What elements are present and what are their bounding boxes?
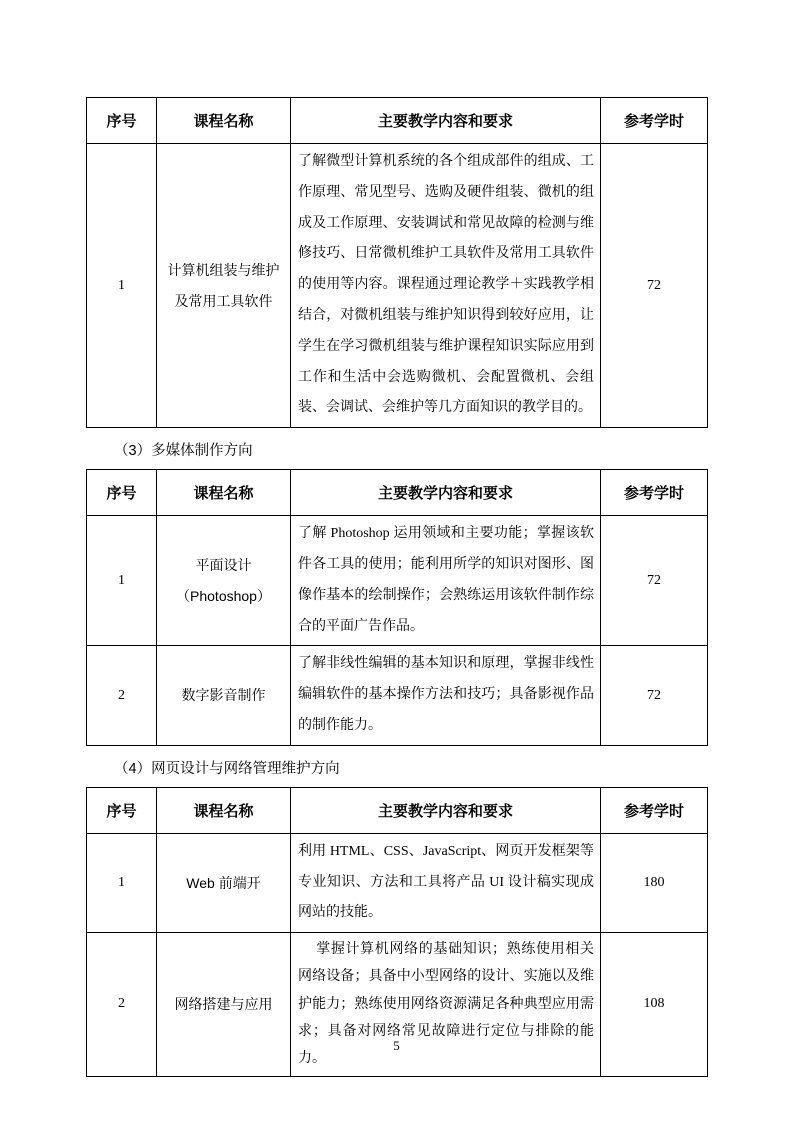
column-header-course-name: 课程名称 (157, 98, 291, 144)
page-number: 5 (0, 1038, 793, 1054)
table-row: 2 网络搭建与应用 掌握计算机网络的基础知识；熟练使用相关网络设备；具备中小型网… (87, 933, 708, 1076)
course-table-webdesign-network: 序号 课程名称 主要教学内容和要求 参考学时 1 Web 前端开 利用 HTML… (86, 787, 708, 1077)
table-row: 1 平面设计 （Photoshop） 了解 Photoshop 运用领域和主要功… (87, 516, 708, 646)
table-header-row: 序号 课程名称 主要教学内容和要求 参考学时 (87, 470, 708, 516)
course-table-multimedia: 序号 课程名称 主要教学内容和要求 参考学时 1 平面设计 （Photoshop… (86, 469, 708, 746)
column-header-hours: 参考学时 (601, 98, 708, 144)
course-hours-cell: 108 (601, 933, 708, 1076)
table-row: 2 数字影音制作 了解非线性编辑的基本知识和原理，掌握非线性编辑软件的基本操作方… (87, 646, 708, 745)
course-content-cell: 利用 HTML、CSS、JavaScript、网页开发框架等专业知识、方法和工具… (291, 833, 601, 932)
column-header-content: 主要教学内容和要求 (291, 470, 601, 516)
column-header-number: 序号 (87, 787, 157, 833)
course-name-cell: 计算机组装与维护 及常用工具软件 (157, 144, 291, 428)
course-hours-cell: 72 (601, 516, 708, 646)
course-hours-cell: 180 (601, 833, 708, 932)
table-header-row: 序号 课程名称 主要教学内容和要求 参考学时 (87, 787, 708, 833)
course-content-cell: 了解非线性编辑的基本知识和原理，掌握非线性编辑软件的基本操作方法和技巧；具备影视… (291, 646, 601, 745)
document-page: 序号 课程名称 主要教学内容和要求 参考学时 1 计算机组装与维护 及常用工具软… (0, 0, 793, 1122)
course-content-cell: 了解微型计算机系统的各个组成部件的组成、工作原理、常见型号、选购及硬件组装、微机… (291, 144, 601, 428)
column-header-number: 序号 (87, 470, 157, 516)
column-header-course-name: 课程名称 (157, 787, 291, 833)
row-number-cell: 1 (87, 516, 157, 646)
document-content: 序号 课程名称 主要教学内容和要求 参考学时 1 计算机组装与维护 及常用工具软… (86, 97, 707, 1077)
table-row: 1 Web 前端开 利用 HTML、CSS、JavaScript、网页开发框架等… (87, 833, 708, 932)
row-number-cell: 1 (87, 833, 157, 932)
section-heading-webdesign-network: （4）网页设计与网络管理维护方向 (86, 746, 707, 787)
course-name-cell: 平面设计 （Photoshop） (157, 516, 291, 646)
row-number-cell: 2 (87, 646, 157, 745)
column-header-number: 序号 (87, 98, 157, 144)
row-number-cell: 2 (87, 933, 157, 1076)
column-header-content: 主要教学内容和要求 (291, 787, 601, 833)
course-name-cell: 数字影音制作 (157, 646, 291, 745)
course-hours-cell: 72 (601, 144, 708, 428)
column-header-hours: 参考学时 (601, 470, 708, 516)
course-name-cell: Web 前端开 (157, 833, 291, 932)
column-header-course-name: 课程名称 (157, 470, 291, 516)
course-hours-cell: 72 (601, 646, 708, 745)
course-table-computer-assembly: 序号 课程名称 主要教学内容和要求 参考学时 1 计算机组装与维护 及常用工具软… (86, 97, 708, 428)
row-number-cell: 1 (87, 144, 157, 428)
column-header-hours: 参考学时 (601, 787, 708, 833)
column-header-content: 主要教学内容和要求 (291, 98, 601, 144)
course-content-cell: 了解 Photoshop 运用领域和主要功能；掌握该软件各工具的使用；能利用所学… (291, 516, 601, 646)
table-row: 1 计算机组装与维护 及常用工具软件 了解微型计算机系统的各个组成部件的组成、工… (87, 144, 708, 428)
course-content-cell: 掌握计算机网络的基础知识；熟练使用相关网络设备；具备中小型网络的设计、实施以及维… (291, 933, 601, 1076)
table-header-row: 序号 课程名称 主要教学内容和要求 参考学时 (87, 98, 708, 144)
course-name-cell: 网络搭建与应用 (157, 933, 291, 1076)
section-heading-multimedia: （3）多媒体制作方向 (86, 428, 707, 469)
